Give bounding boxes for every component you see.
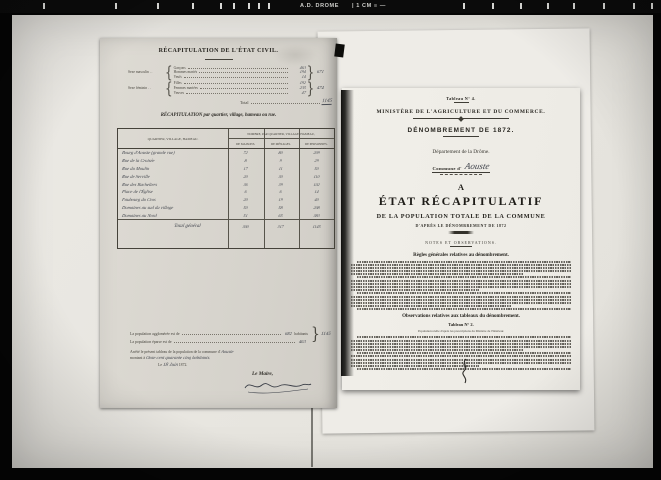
dot-leader bbox=[184, 76, 288, 78]
maire-label: Le Maire, bbox=[252, 371, 332, 377]
total-label: Total bbox=[240, 100, 249, 105]
illegible-text-line bbox=[351, 267, 571, 269]
item-label: Hommes mariés bbox=[174, 70, 197, 74]
ruler-tick bbox=[115, 3, 117, 9]
group-label: Sexe féminin . . bbox=[128, 86, 164, 90]
film-ruler: A.D. DROME | 1 CM ≡ — bbox=[0, 0, 661, 13]
dot-leader bbox=[200, 87, 288, 89]
illegible-text-line bbox=[357, 276, 571, 278]
table-row: Bourg d'Aouste (grande rue)7280209 bbox=[118, 149, 334, 157]
agglomeree-label: La population agglomérée est de bbox=[130, 332, 180, 336]
date-prefix: Le bbox=[158, 363, 162, 367]
scale-label: | 1 CM ≡ — bbox=[352, 3, 386, 9]
date-year: 1872. bbox=[179, 363, 188, 367]
left-page-recapitulation: RÉCAPITULATION DE L'ÉTAT CIVIL. Sexe mas… bbox=[100, 38, 337, 408]
agglomeree-value-handwritten: 682 bbox=[285, 331, 293, 336]
illegible-text-line bbox=[351, 299, 571, 301]
row-value-handwritten: 39 bbox=[263, 182, 299, 187]
date-line: Le 18 Juin 1872. bbox=[158, 363, 332, 368]
table-row: Rue des Bacheliers3639102 bbox=[118, 180, 334, 188]
row-value-handwritten: 80 bbox=[263, 150, 299, 155]
illegible-text-line bbox=[351, 286, 571, 288]
dot-leader bbox=[186, 92, 288, 94]
tableau2-heading: Tableau N° 2. bbox=[342, 322, 580, 327]
illegible-text-line bbox=[351, 349, 523, 351]
eparse-label: La population éparse est de bbox=[130, 340, 172, 344]
illegible-text-line bbox=[351, 270, 571, 272]
table-row: Place de l'Église6614 bbox=[118, 188, 334, 196]
row-label-handwritten: Domaines au sud du village bbox=[118, 205, 229, 210]
total-value-handwritten: 1145 bbox=[321, 98, 332, 105]
dot-leader bbox=[188, 67, 288, 69]
rule bbox=[450, 246, 472, 247]
row-label-handwritten: Rue du Moulin bbox=[118, 166, 229, 171]
table-row: Rue de Serville2030110 bbox=[118, 172, 334, 180]
denombrement-heading: DÉNOMBREMENT DE 1872. bbox=[342, 127, 580, 134]
ruler-tick bbox=[463, 3, 465, 9]
row-value-handwritten: 6 bbox=[228, 189, 264, 194]
row-label-handwritten: Rue des Bacheliers bbox=[118, 182, 229, 187]
thick-ornament-rule bbox=[448, 231, 474, 234]
closing-brace: } bbox=[311, 327, 320, 341]
item-label: Veufs bbox=[174, 75, 182, 79]
ministry-heading: MINISTÈRE DE L'AGRICULTURE ET DU COMMERC… bbox=[342, 109, 580, 115]
row-value-handwritten: 20 bbox=[228, 174, 264, 179]
archive-label: A.D. DROME bbox=[300, 3, 339, 9]
ruler-tick bbox=[233, 3, 235, 9]
illegible-text-line bbox=[351, 264, 571, 266]
ink-mark bbox=[458, 358, 472, 384]
opening-brace: { bbox=[165, 64, 173, 80]
commune-label: Commune d' bbox=[433, 166, 462, 171]
item-label: Garçons bbox=[174, 66, 186, 70]
title-rule bbox=[205, 59, 233, 60]
population-total-brace: } 1145 bbox=[310, 328, 331, 340]
column-header-quartier: QUARTIER, VILLAGE, HAMEAU. bbox=[118, 129, 228, 148]
montant-prefix: montant à bbox=[130, 356, 145, 360]
illegible-text-line bbox=[351, 346, 571, 348]
illegible-text-line bbox=[351, 283, 571, 285]
sub-headers: DE MAISONS.DE MÉNAGES.DE PERSONNES. bbox=[228, 139, 334, 148]
table-body: Bourg d'Aouste (grande rue)7280209Rue de… bbox=[118, 149, 334, 219]
row-value-handwritten: 8 bbox=[228, 158, 264, 163]
closing-brace: } bbox=[307, 80, 315, 96]
right-page-etat-recapitulatif: Tableau N° 4. MINISTÈRE DE L'AGRICULTURE… bbox=[342, 88, 580, 390]
ruler-tick bbox=[573, 3, 575, 9]
ruler-tick bbox=[492, 3, 494, 9]
row-value-handwritten: 30 bbox=[263, 174, 299, 179]
total-value-handwritten: 317 bbox=[263, 224, 299, 229]
observations-heading: Observations relatives aux tableaux du d… bbox=[342, 314, 580, 319]
illegible-text-line bbox=[351, 296, 571, 298]
row-value-handwritten: 17 bbox=[228, 166, 264, 171]
quartier-table: QUARTIER, VILLAGE, HAMEAU. NOMBRE, PAR Q… bbox=[117, 128, 335, 249]
group-items: Garçons463Hommes mariés194Veufs14 bbox=[174, 65, 306, 79]
table-row: Domaines au Nord5165383 bbox=[118, 211, 334, 219]
row-value-handwritten: 65 bbox=[263, 213, 299, 218]
ruler-tick bbox=[220, 3, 222, 9]
row-value-handwritten: 29 bbox=[298, 158, 334, 163]
ruler-tick bbox=[157, 3, 159, 9]
tableau-number: Tableau N° 4. bbox=[342, 96, 580, 101]
illegible-text-line bbox=[351, 340, 571, 342]
opening-brace: { bbox=[165, 80, 173, 96]
population-agglomeree-line: La population agglomérée est de 682 habi… bbox=[130, 328, 308, 336]
sub-header: DE MÉNAGES. bbox=[263, 139, 298, 148]
illegible-text-line bbox=[351, 289, 479, 291]
table-total-row: Total général 3003171145 bbox=[118, 219, 334, 232]
commune-name-handwritten: Aouste bbox=[464, 161, 490, 171]
total-cells: 3003171145 bbox=[228, 224, 334, 229]
item-label: Femmes mariées bbox=[174, 86, 198, 90]
row-value-handwritten: 19 bbox=[263, 197, 299, 202]
dashed-rule bbox=[440, 174, 482, 175]
row-value-handwritten: 209 bbox=[298, 150, 334, 155]
etat-civil-summary: Sexe masculin . .{Garçons463Hommes marié… bbox=[128, 65, 333, 97]
backing-seam-shadow bbox=[311, 398, 313, 467]
dot-leader bbox=[174, 341, 296, 343]
group-header-nombre: NOMBRE, PAR QUARTIER, VILLAGE, HAMEAU, bbox=[228, 129, 334, 139]
group-label: Sexe masculin . . bbox=[128, 70, 164, 74]
habitants-label: habitants bbox=[294, 332, 308, 336]
subtitle-line2: D'APRÈS LE DÉNOMBREMENT DE 1872 bbox=[342, 223, 580, 228]
row-label-handwritten: Domaines au Nord bbox=[118, 213, 229, 218]
row-value-handwritten: 110 bbox=[298, 174, 334, 179]
group-subtotal-handwritten: 474 bbox=[317, 85, 325, 90]
etat-civil-group: Sexe féminin . .{Filles192Femmes mariées… bbox=[128, 81, 333, 95]
illegible-text-line bbox=[357, 261, 571, 263]
total-value-handwritten: 1145 bbox=[298, 224, 334, 229]
table-header-right: NOMBRE, PAR QUARTIER, VILLAGE, HAMEAU, D… bbox=[228, 129, 334, 148]
illegible-text-line bbox=[357, 292, 571, 294]
rule bbox=[454, 102, 469, 103]
row-value-handwritten: 14 bbox=[298, 189, 334, 194]
item-value-handwritten: 14 bbox=[289, 74, 306, 79]
row-label-handwritten: Rue de Serville bbox=[118, 174, 229, 179]
row-label-handwritten: Faubourg du Cros bbox=[118, 197, 229, 202]
illegible-text-line bbox=[351, 343, 571, 345]
row-value-handwritten: 208 bbox=[298, 205, 334, 210]
ruler-tick bbox=[43, 3, 45, 9]
group-items: Filles192Femmes mariées235Veuves47 bbox=[174, 81, 306, 95]
group-subtotal-handwritten: 671 bbox=[317, 69, 325, 74]
ruler-tick bbox=[651, 3, 653, 9]
ruler-tick bbox=[258, 3, 260, 9]
row-value-handwritten: 50 bbox=[228, 205, 264, 210]
total-value-handwritten: 300 bbox=[228, 224, 264, 229]
dot-leader bbox=[251, 102, 320, 104]
etat-civil-item: Veufs14 bbox=[174, 74, 306, 79]
row-label-handwritten: Bourg d'Aouste (grande rue) bbox=[118, 150, 229, 155]
arrete-statement: Arrêté le présent tableau de la populati… bbox=[130, 349, 330, 361]
rules-heading: Règles générales relatives au dénombreme… bbox=[342, 253, 580, 258]
ruler-tick bbox=[633, 3, 635, 9]
illegible-paragraph-block bbox=[351, 261, 571, 311]
illegible-text-line bbox=[357, 336, 571, 338]
population-eparse-line: La population éparse est de 463 bbox=[130, 336, 308, 344]
row-value-handwritten: 50 bbox=[298, 166, 334, 171]
row-value-handwritten: 20 bbox=[228, 197, 264, 202]
notes-heading: NOTES ET OBSERVATIONS. bbox=[342, 240, 580, 245]
row-label-handwritten: Place de l'Église bbox=[118, 189, 229, 194]
population-total-handwritten: 1145 bbox=[320, 332, 331, 337]
row-value-handwritten: 11 bbox=[263, 166, 299, 171]
illegible-text-line bbox=[351, 302, 571, 304]
item-label: Veuves bbox=[174, 91, 184, 95]
quartier-heading: RÉCAPITULATION par quartier, village, ha… bbox=[100, 113, 337, 118]
illegible-text-line bbox=[357, 308, 571, 310]
ruler-tick bbox=[248, 3, 250, 9]
sub-header: DE MAISONS. bbox=[228, 139, 263, 148]
row-value-handwritten: 9 bbox=[263, 158, 299, 163]
ruler-tick bbox=[520, 3, 522, 9]
commune-line: Commune d' Aouste bbox=[342, 161, 580, 171]
row-value-handwritten: 383 bbox=[298, 213, 334, 218]
row-value-handwritten: 102 bbox=[298, 182, 334, 187]
illegible-text-line bbox=[357, 352, 571, 354]
table-row: Faubourg du Cros201940 bbox=[118, 196, 334, 204]
row-label-handwritten: Rue de la Croisée bbox=[118, 158, 229, 163]
item-value-handwritten: 47 bbox=[289, 90, 306, 95]
ruler-tick bbox=[603, 3, 605, 9]
table-empty-space bbox=[118, 232, 334, 247]
row-value-handwritten: 36 bbox=[228, 182, 264, 187]
ruler-tick bbox=[192, 3, 194, 9]
illegible-text-line bbox=[351, 273, 523, 275]
dot-leader bbox=[182, 333, 282, 335]
ruler-tick bbox=[547, 3, 549, 9]
ruler-tick bbox=[268, 3, 270, 9]
ornament-rule bbox=[413, 118, 509, 119]
closing-brace: } bbox=[307, 64, 315, 80]
row-value-handwritten: 40 bbox=[298, 197, 334, 202]
row-value-handwritten: 72 bbox=[228, 150, 264, 155]
page-gutter-shadow bbox=[334, 44, 345, 58]
sub-header: DE PERSONNES. bbox=[299, 139, 334, 148]
tableau2-subline: Population réelle d'après les prescripti… bbox=[342, 329, 580, 333]
table-header: QUARTIER, VILLAGE, HAMEAU. NOMBRE, PAR Q… bbox=[118, 129, 334, 149]
date-handwritten: 18 Juin bbox=[163, 363, 179, 368]
microfilm-scan: A.D. DROME | 1 CM ≡ — RÉCAPITULATION DE … bbox=[0, 0, 661, 480]
arrete-prefix: Arrêté le présent tableau de la populati… bbox=[130, 350, 220, 354]
table-row: Rue de la Croisée8929 bbox=[118, 157, 334, 165]
etat-civil-title: RÉCAPITULATION DE L'ÉTAT CIVIL. bbox=[100, 48, 337, 54]
table-row: Domaines au sud du village5058208 bbox=[118, 204, 334, 212]
row-value-handwritten: 58 bbox=[263, 205, 299, 210]
table-row: Rue du Moulin171150 bbox=[118, 165, 334, 173]
etat-civil-total-line: Total 1145 bbox=[240, 98, 332, 105]
item-label: Filles bbox=[174, 81, 182, 85]
commune-name-handwritten: Aouste bbox=[221, 349, 235, 355]
section-letter: A bbox=[342, 182, 580, 192]
rule bbox=[432, 172, 490, 173]
dot-leader bbox=[199, 71, 288, 73]
mayor-signature bbox=[242, 378, 332, 396]
rule bbox=[443, 136, 479, 137]
etat-civil-group: Sexe masculin . .{Garçons463Hommes marié… bbox=[128, 65, 333, 79]
etat-civil-item: Veuves47 bbox=[174, 90, 306, 95]
row-value-handwritten: 51 bbox=[228, 213, 264, 218]
dot-leader bbox=[184, 82, 288, 84]
illegible-text-line bbox=[351, 305, 512, 307]
population-footer: La population agglomérée est de 682 habi… bbox=[130, 328, 332, 396]
montant-value-handwritten: Onze cent quarante cinq habitants. bbox=[146, 355, 211, 361]
subtitle-line1: DE LA POPULATION TOTALE DE LA COMMUNE bbox=[342, 213, 580, 220]
departement-line: Département de la Drôme. bbox=[342, 149, 580, 155]
row-value-handwritten: 6 bbox=[263, 189, 299, 194]
illegible-text-line bbox=[351, 280, 571, 282]
eparse-value-handwritten: 463 bbox=[299, 339, 307, 344]
main-title: ÉTAT RÉCAPITULATIF bbox=[342, 194, 580, 209]
total-general-label: Total général bbox=[118, 224, 229, 229]
